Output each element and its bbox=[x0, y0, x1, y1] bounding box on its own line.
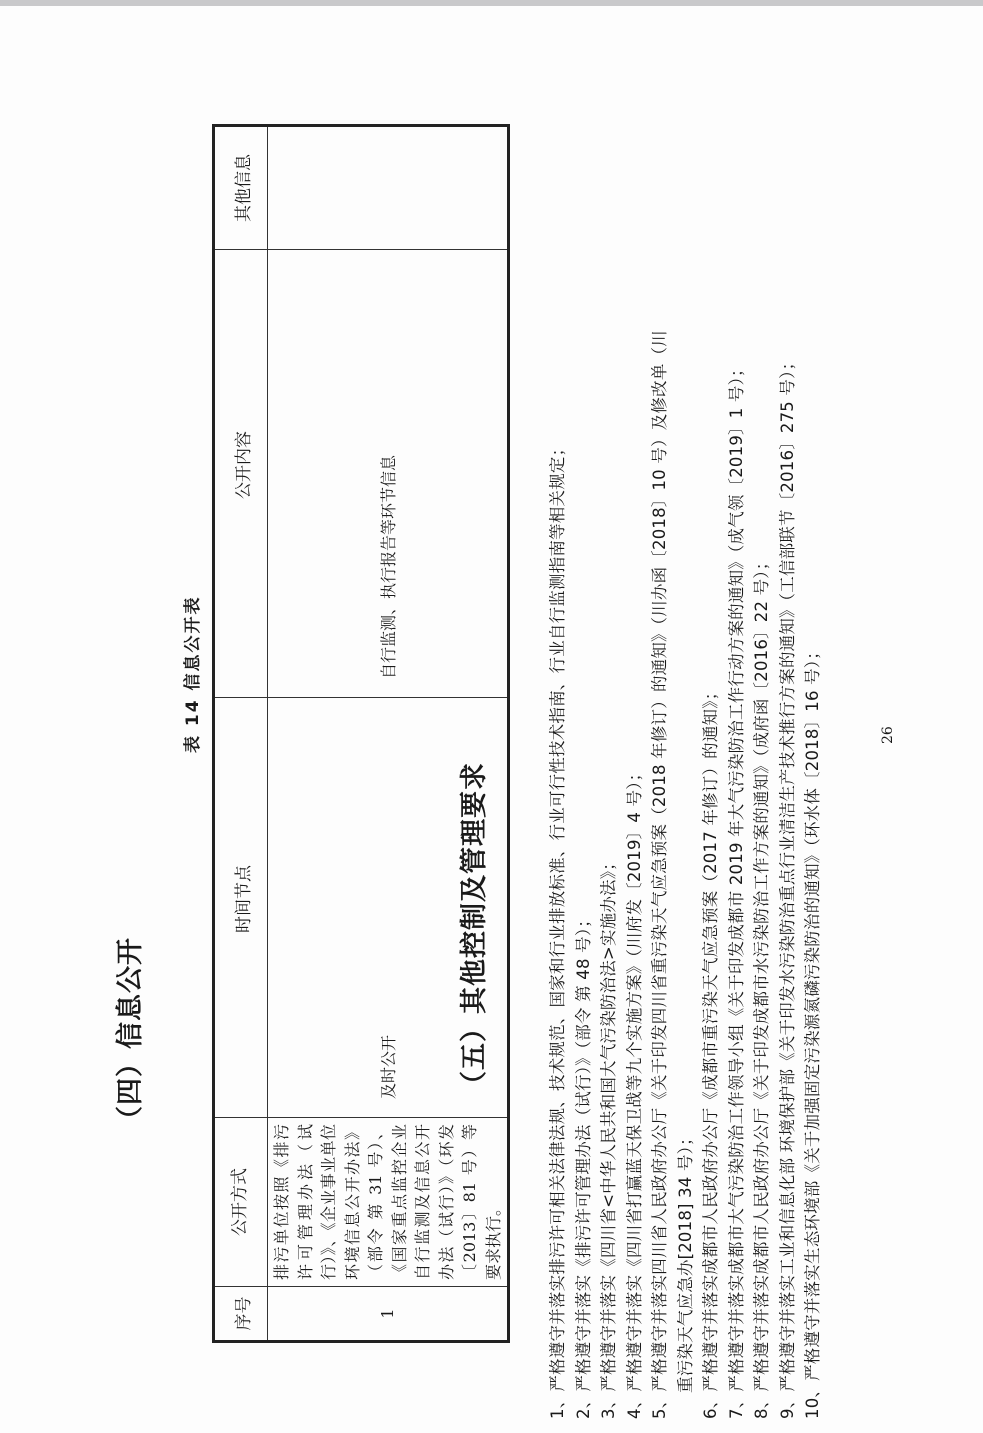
list-item: 3、严格遵守并落实《四川省<中华人民共和国大气污染防治法>实施办法》； bbox=[596, 59, 622, 1419]
list-item: 8、严格遵守并落实成都市人民政府办公厅《关于印发成都市水污染防治工作方案的通知》… bbox=[749, 59, 775, 1419]
list-item: 5、严格遵守并落实四川省人民政府办公厅《关于印发四川省重污染天气应急预案（201… bbox=[647, 59, 673, 1419]
list-item: 1、严格遵守并落实排污许可相关法律法规、技术规范、国家和行业排放标准、行业可行性… bbox=[545, 59, 571, 1419]
table-row: 1 排污单位按照《排污许可管理办法（试行）》、《企业事业单位环境信息公开办法》（… bbox=[268, 126, 509, 1342]
document-page: （四）信息公开 表 14 信息公开表 序号 公开方式 时间节点 公开内容 其他信… bbox=[0, 0, 983, 1433]
cell-content: 自行监测、执行报告等环节信息 bbox=[268, 250, 509, 698]
section-heading-other-requirements: （五）其他控制及管理要求 bbox=[452, 762, 491, 1098]
cell-other bbox=[268, 126, 509, 250]
list-item: 9、严格遵守并落实工业和信息化部 环境保护部《关于印发水污染防治重点行业清洁生产… bbox=[775, 59, 801, 1419]
list-item-continuation: 重污染天气应急办[2018] 34 号）； bbox=[673, 59, 699, 1419]
info-disclosure-table: 序号 公开方式 时间节点 公开内容 其他信息 1 排污单位按照《排污许可管理办法… bbox=[212, 124, 510, 1343]
page-number: 26 bbox=[880, 726, 896, 744]
header-method: 公开方式 bbox=[214, 1118, 268, 1287]
cell-method: 排污单位按照《排污许可管理办法（试行）》、《企业事业单位环境信息公开办法》（部令… bbox=[268, 1118, 509, 1287]
header-content: 公开内容 bbox=[214, 250, 268, 698]
requirements-list: 1、严格遵守并落实排污许可相关法律法规、技术规范、国家和行业排放标准、行业可行性… bbox=[545, 59, 826, 1419]
list-item: 2、严格遵守并落实《排污许可管理办法（试行）》（部令 第 48 号）； bbox=[571, 59, 597, 1419]
list-item: 4、严格遵守并落实《四川省打赢蓝天保卫战等九个实施方案》（川府发〔2019〕4 … bbox=[622, 59, 648, 1419]
header-other: 其他信息 bbox=[214, 126, 268, 250]
list-item: 7、严格遵守并落实成都市大气污染防治工作领导小组《关于印发成都市 2019 年大… bbox=[724, 59, 750, 1419]
cell-index: 1 bbox=[268, 1287, 509, 1342]
header-index: 序号 bbox=[214, 1287, 268, 1342]
list-item: 10、严格遵守并落实生态环境部《关于加强固定污染源氮磷污染防治的通知》（环水体〔… bbox=[800, 59, 826, 1419]
header-time: 时间节点 bbox=[214, 698, 268, 1118]
table-header-row: 序号 公开方式 时间节点 公开内容 其他信息 bbox=[214, 126, 268, 1342]
section-heading-info-disclosure: （四）信息公开 bbox=[108, 937, 147, 1133]
table-caption: 表 14 信息公开表 bbox=[178, 596, 203, 754]
list-item: 6、严格遵守并落实成都市人民政府办公厅《成都市重污染天气应急预案（2017 年修… bbox=[698, 59, 724, 1419]
